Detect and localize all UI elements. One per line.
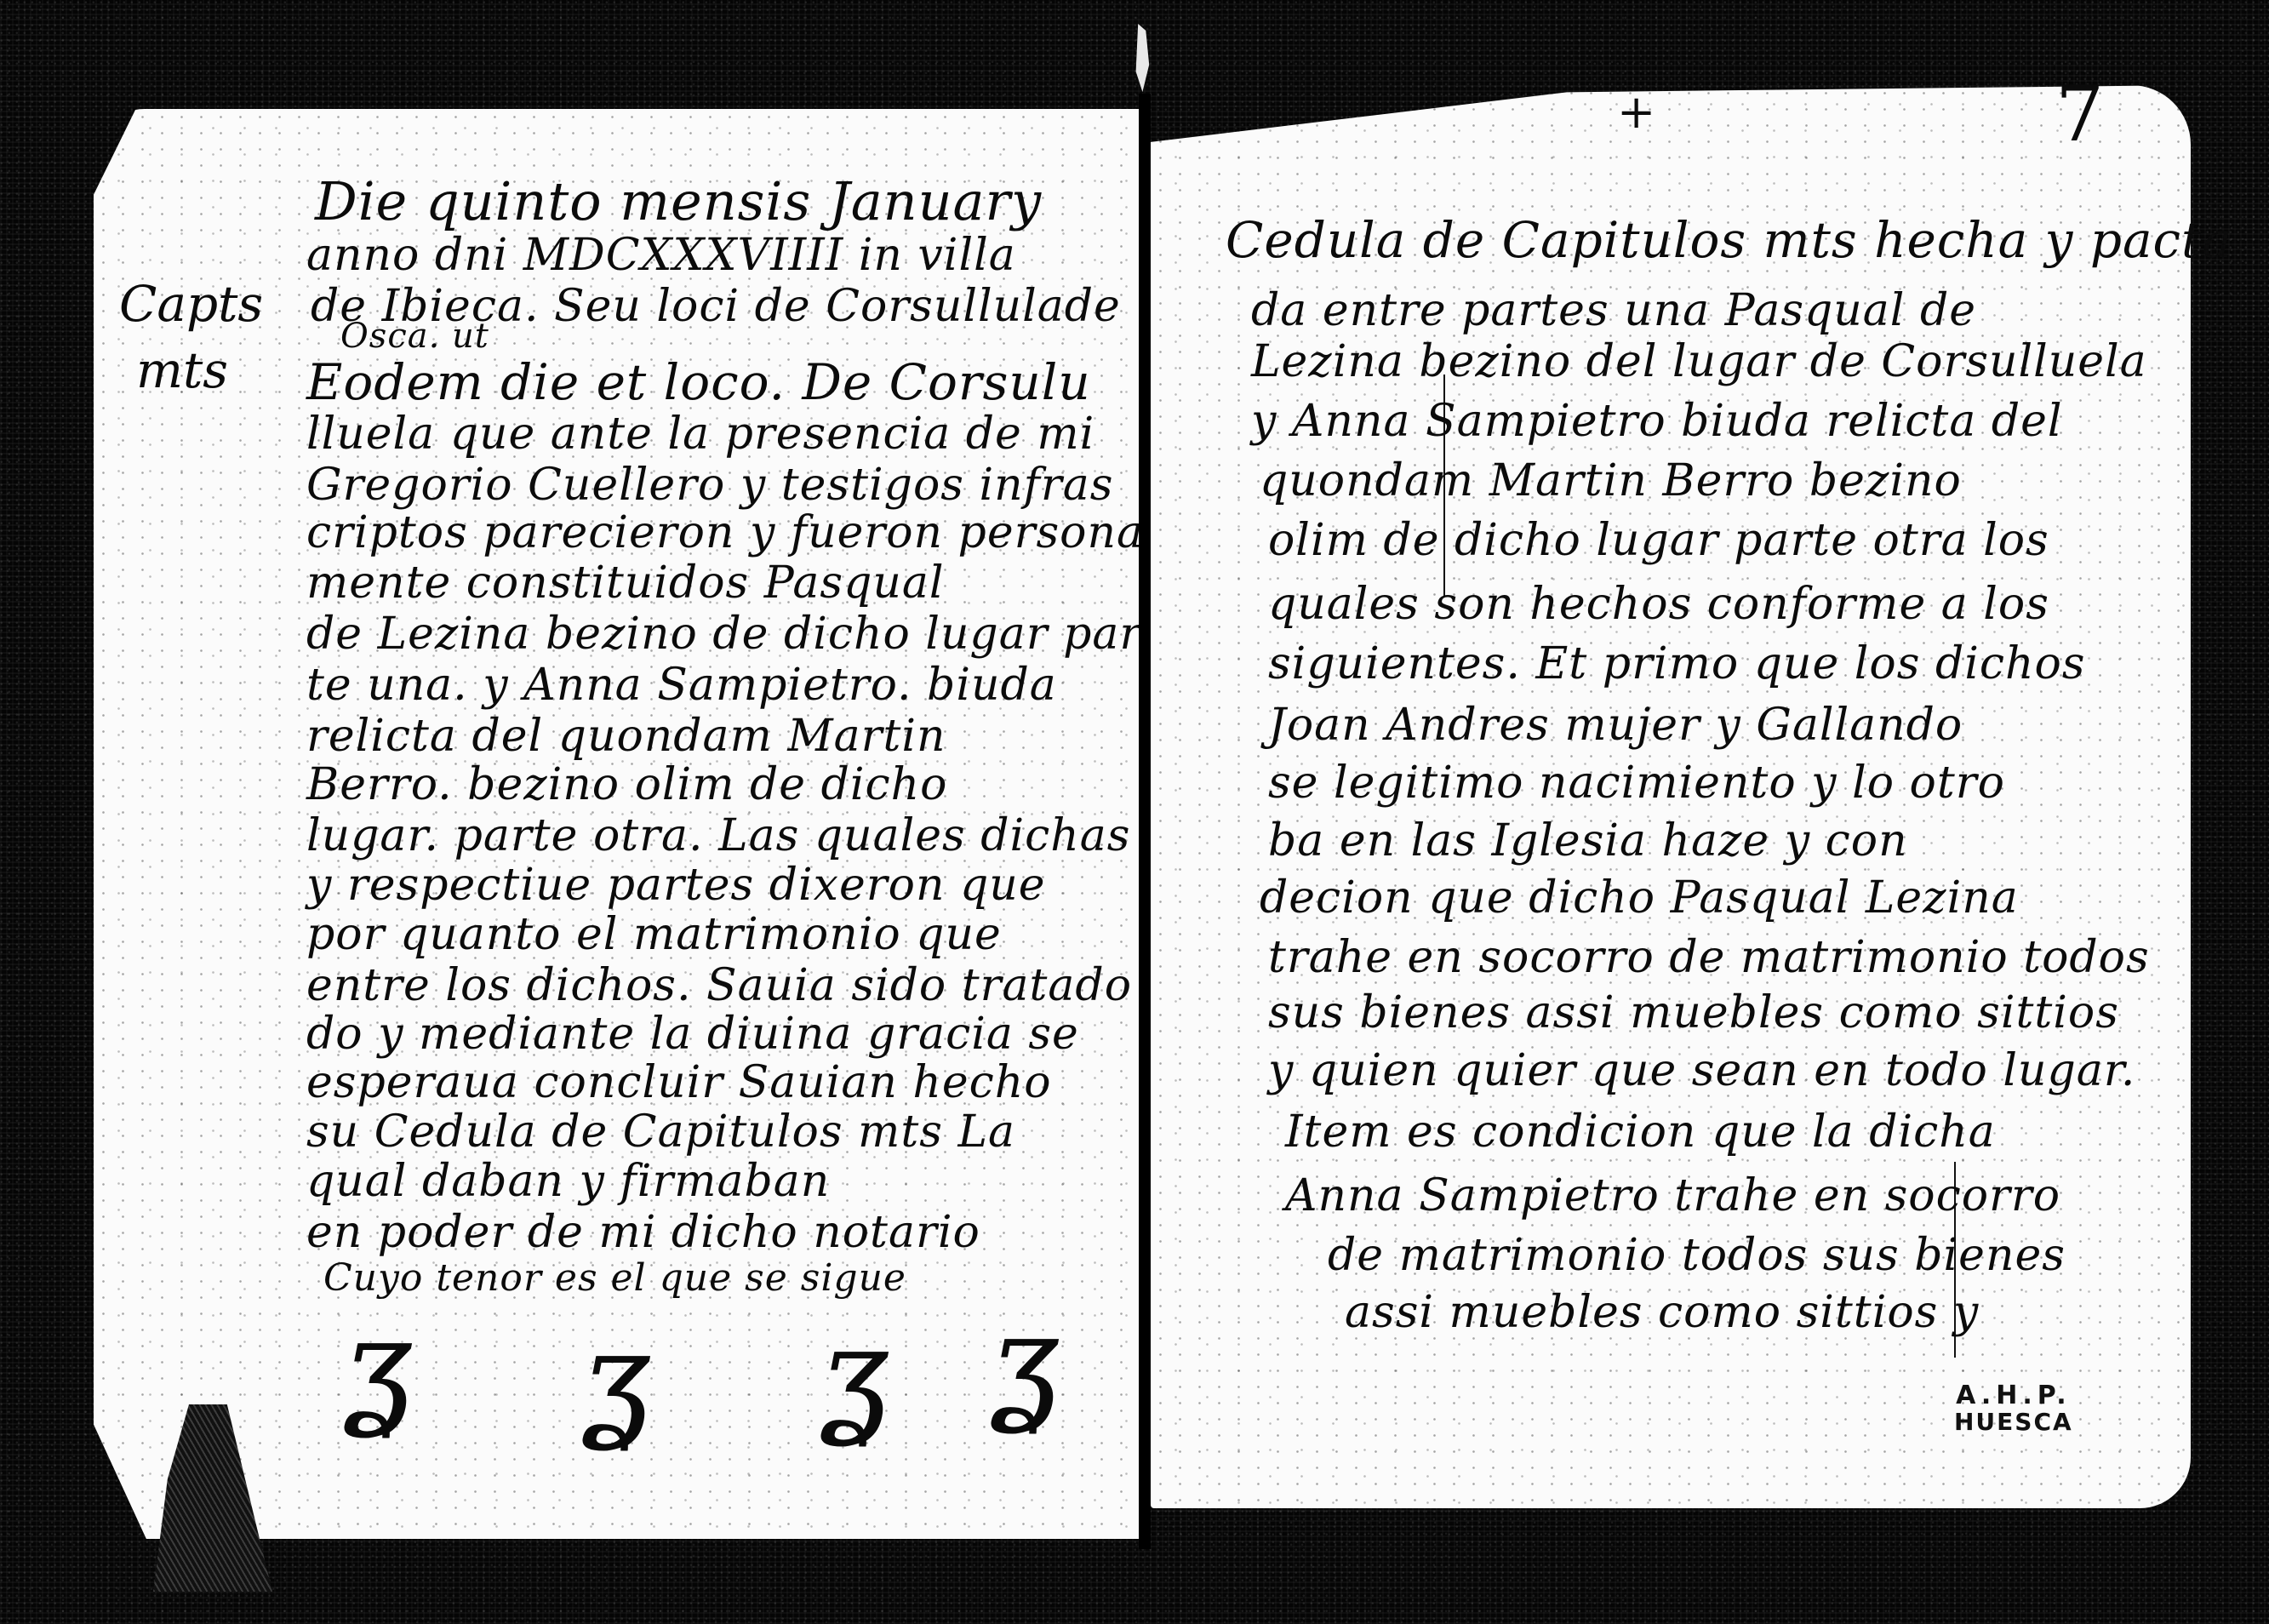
folio-mark: + — [1617, 85, 1655, 139]
text-line: sus bienes assi muebles como sittios — [1268, 987, 2119, 1038]
text-line: lugar. parte otra. Las quales dichas — [306, 810, 1130, 861]
text-line: y Anna Sampietro biuda relicta del — [1251, 396, 2063, 447]
text-line: entre los dichos. Sauia sido tratado — [306, 960, 1132, 1011]
text-line: Anna Sampietro trahe en socorro — [1285, 1170, 2060, 1221]
archive-stamp: A.H.P. HUESCA — [1954, 1382, 2073, 1434]
text-line: Item es condicion que la dicha — [1285, 1106, 1996, 1158]
closing-flourish: ʓ — [579, 1315, 650, 1443]
text-line: quales son hechos conforme a los — [1268, 579, 2049, 630]
text-line: Osca. ut — [340, 317, 489, 356]
text-line: do y mediante la diuina gracia se — [306, 1009, 1079, 1060]
text-line: se legitimo nacimiento y lo otro — [1268, 758, 2005, 809]
text-line: de matrimonio todos sus bienes — [1328, 1230, 2066, 1281]
text-line: trahe en socorro de matrimonio todos — [1268, 932, 2150, 983]
margin-note-line: mts — [119, 337, 263, 403]
text-line: qual daban y firmaban — [306, 1156, 830, 1207]
text-line: decion que dicho Pasqual Lezina — [1260, 872, 2019, 924]
closing-flourish: ʓ — [340, 1302, 412, 1430]
text-line: su Cedula de Capitulos mts La — [306, 1106, 1015, 1158]
text-line: Joan Andres mujer y Gallando — [1268, 700, 1963, 751]
text-line: siguientes. Et primo que los dichos — [1268, 638, 2085, 689]
text-line: esperaua concluir Sauian hecho — [306, 1057, 1052, 1108]
text-line: Gregorio Cuellero y testigos infras — [306, 460, 1113, 511]
text-line: lluela que ante la presencia de mi — [306, 409, 1094, 460]
text-line: te una. y Anna Sampietro. biuda — [306, 660, 1057, 711]
text-line: quondam Martin Berro bezino — [1260, 455, 1962, 506]
text-line: y quien quier que sean en todo lugar. — [1268, 1045, 2135, 1096]
closing-flourish: ʓ — [817, 1311, 889, 1438]
text-line: anno dni MDCXXXVIIII in villa — [306, 230, 1016, 281]
text-line: mente constituidos Pasqual — [306, 558, 944, 609]
closing-flourish: ʓ — [987, 1298, 1059, 1426]
margin-note: Capts mts — [119, 271, 263, 403]
text-line: Eodem die et loco. De Corsulu — [306, 353, 1091, 411]
text-line: Cedula de Capitulos mts hecha y pacta — [1226, 211, 2232, 269]
text-line: por quanto el matrimonio que — [306, 909, 1002, 960]
text-line: assi muebles como sittios y — [1345, 1287, 1979, 1338]
archive-stamp-city: HUESCA — [1954, 1410, 2073, 1434]
text-line: y respectiue partes dixeron que — [306, 860, 1046, 911]
text-line: relicta del quondam Martin — [306, 711, 946, 762]
text-line: Die quinto mensis January — [315, 170, 1042, 232]
book-gutter — [1139, 94, 1151, 1549]
text-line: olim de dicho lugar parte otra los — [1268, 515, 2049, 566]
text-line: criptos parecieron y fueron personal — [306, 507, 1159, 558]
text-line: da entre partes una Pasqual de — [1251, 285, 1976, 336]
folio-number: 7 — [2055, 70, 2104, 159]
margin-note-line: Capts — [119, 271, 263, 337]
archive-stamp-initials: A.H.P. — [1954, 1382, 2073, 1410]
text-line: en poder de mi dicho notario — [306, 1207, 980, 1258]
text-line: ba en las Iglesia haze y con — [1268, 815, 1908, 866]
text-line: Berro. bezino olim de dicho — [306, 759, 947, 810]
text-line: de Lezina bezino de dicho lugar par — [306, 609, 1141, 660]
text-line: Lezina bezino del lugar de Corsulluela — [1251, 336, 2147, 387]
